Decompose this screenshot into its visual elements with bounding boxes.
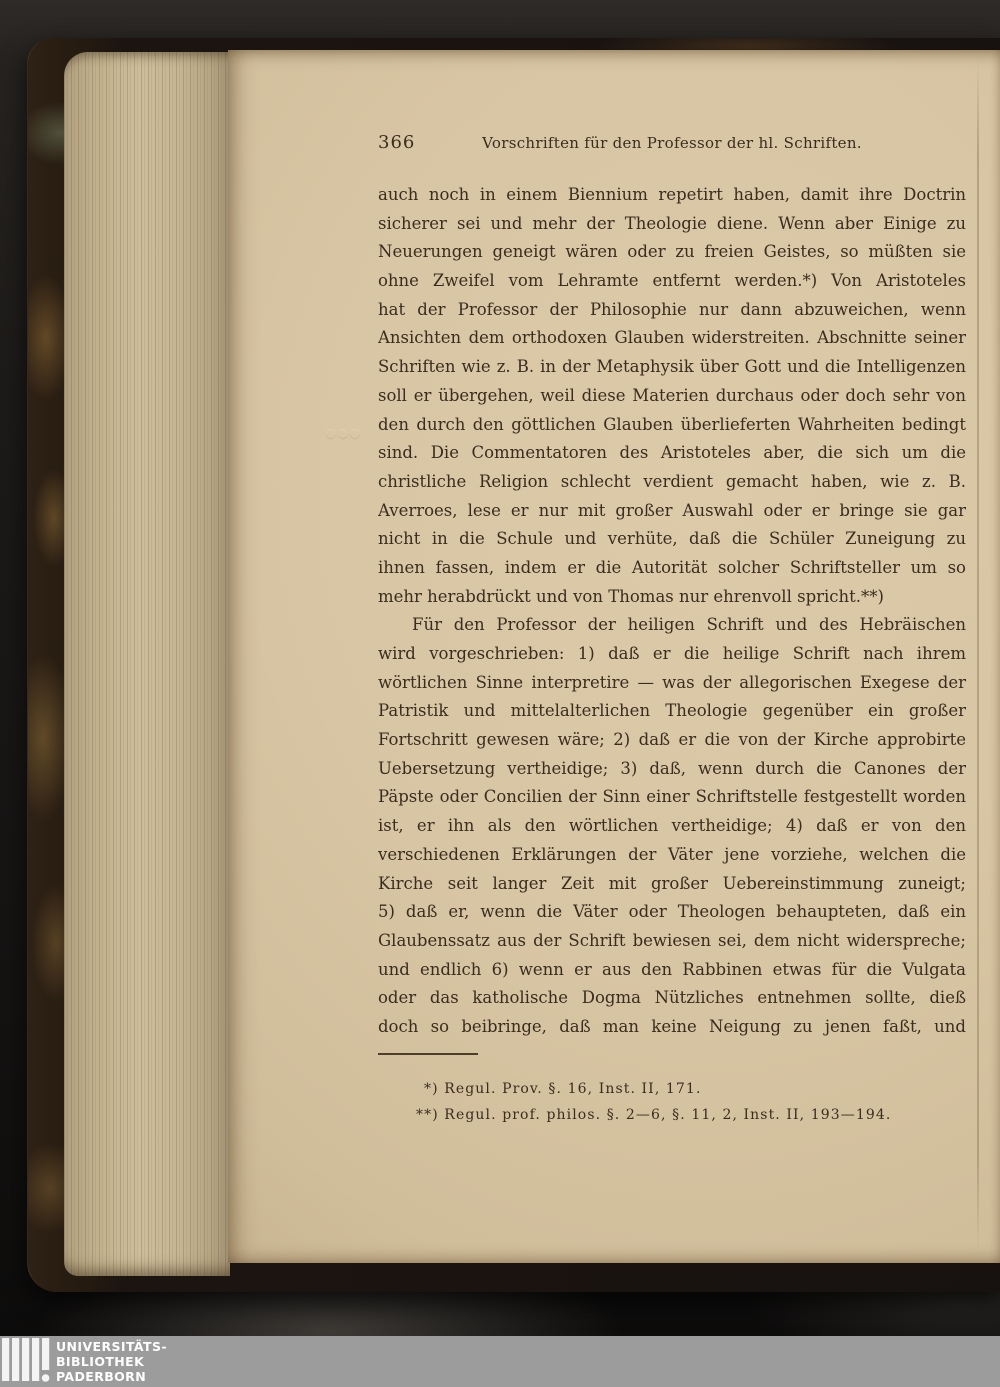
text-line: oder das katholische Dogma Nützliches en… [378,984,966,1013]
library-name-line: UNIVERSITÄTS- [56,1339,167,1354]
page-header: 366 Vorschriften für den Professor der h… [378,128,966,158]
text-line: Averroes, lese er nur mit großer Auswahl… [378,497,966,526]
text-line: auch noch in einem Biennium repetirt hab… [378,181,966,210]
text-line: ist, er ihn als den wörtlichen vertheidi… [378,812,966,841]
text-line: hat der Professor der Philosophie nur da… [378,296,966,325]
text-line: Päpste oder Concilien der Sinn einer Sch… [378,783,966,812]
text-line: soll er übergehen, weil diese Materien d… [378,382,966,411]
text-line: Patristik und mittelalterlichen Theologi… [378,697,966,726]
text-line: Ansichten dem orthodoxen Glauben widerst… [378,324,966,353]
body-text: auch noch in einem Biennium repetirt hab… [378,181,966,1042]
page-block-edge [64,52,230,1276]
text-line: Für den Professor der heiligen Schrift u… [378,611,966,640]
library-name-line: BIBLIOTHEK [56,1354,167,1369]
text-line: sind. Die Commentatoren des Aristoteles … [378,439,966,468]
text-line: wörtlichen Sinne interpretire — was der … [378,669,966,698]
footnotes: *) Regul. Prov. §. 16, Inst. II, 171.**)… [378,1076,966,1128]
paragraph: auch noch in einem Biennium repetirt hab… [378,181,966,611]
text-line: Glaubenssatz aus der Schrift bewiesen se… [378,927,966,956]
library-name: UNIVERSITÄTS- BIBLIOTHEK PADERBORN [56,1339,167,1384]
text-line: sicherer sei und mehr der Theologie dien… [378,210,966,239]
running-title: Vorschriften für den Professor der hl. S… [378,128,966,158]
scanned-book-photo: 366 Vorschriften für den Professor der h… [0,0,1000,1387]
text-line: Uebersetzung vertheidige; 3) daß, wenn d… [378,755,966,784]
text-line: ohne Zweifel vom Lehramte entfernt werde… [378,267,966,296]
text-line: Schriften wie z. B. in der Metaphysik üb… [378,353,966,382]
text-line: 5) daß er, wenn die Väter oder Theologen… [378,898,966,927]
text-line: Kirche seit langer Zeit mit großer Ueber… [378,870,966,899]
text-line: den durch den göttlichen Glauben überlie… [378,411,966,440]
blind-stamp-icon [326,429,360,438]
footnote: *) Regul. Prov. §. 16, Inst. II, 171. [424,1076,966,1102]
printed-text-block: 366 Vorschriften für den Professor der h… [378,128,966,1128]
text-line: nicht in die Schule und verhüte, daß die… [378,525,966,554]
page-crease [977,60,979,1250]
library-banner: UNIVERSITÄTS- BIBLIOTHEK PADERBORN [0,1336,1000,1387]
text-line: Neuerungen geneigt wären oder zu freien … [378,238,966,267]
text-line: und endlich 6) wenn er aus den Rabbinen … [378,956,966,985]
library-logo-icon [2,1338,52,1385]
footnote: **) Regul. prof. philos. §. 2—6, §. 11, … [416,1102,966,1128]
text-line: verschiedenen Erklärungen der Väter jene… [378,841,966,870]
text-line: doch so beibringe, daß man keine Neigung… [378,1013,966,1042]
text-line: ihnen fassen, indem er die Autorität sol… [378,554,966,583]
text-line: Fortschritt gewesen wäre; 2) daß er die … [378,726,966,755]
paragraph: Für den Professor der heiligen Schrift u… [378,611,966,1041]
text-line: wird vorgeschrieben: 1) daß er die heili… [378,640,966,669]
text-line: mehr herabdrückt und von Thomas nur ehre… [378,583,966,612]
library-name-line: PADERBORN [56,1369,167,1384]
text-line: christliche Religion schlecht verdient g… [378,468,966,497]
footnote-rule [378,1053,478,1055]
